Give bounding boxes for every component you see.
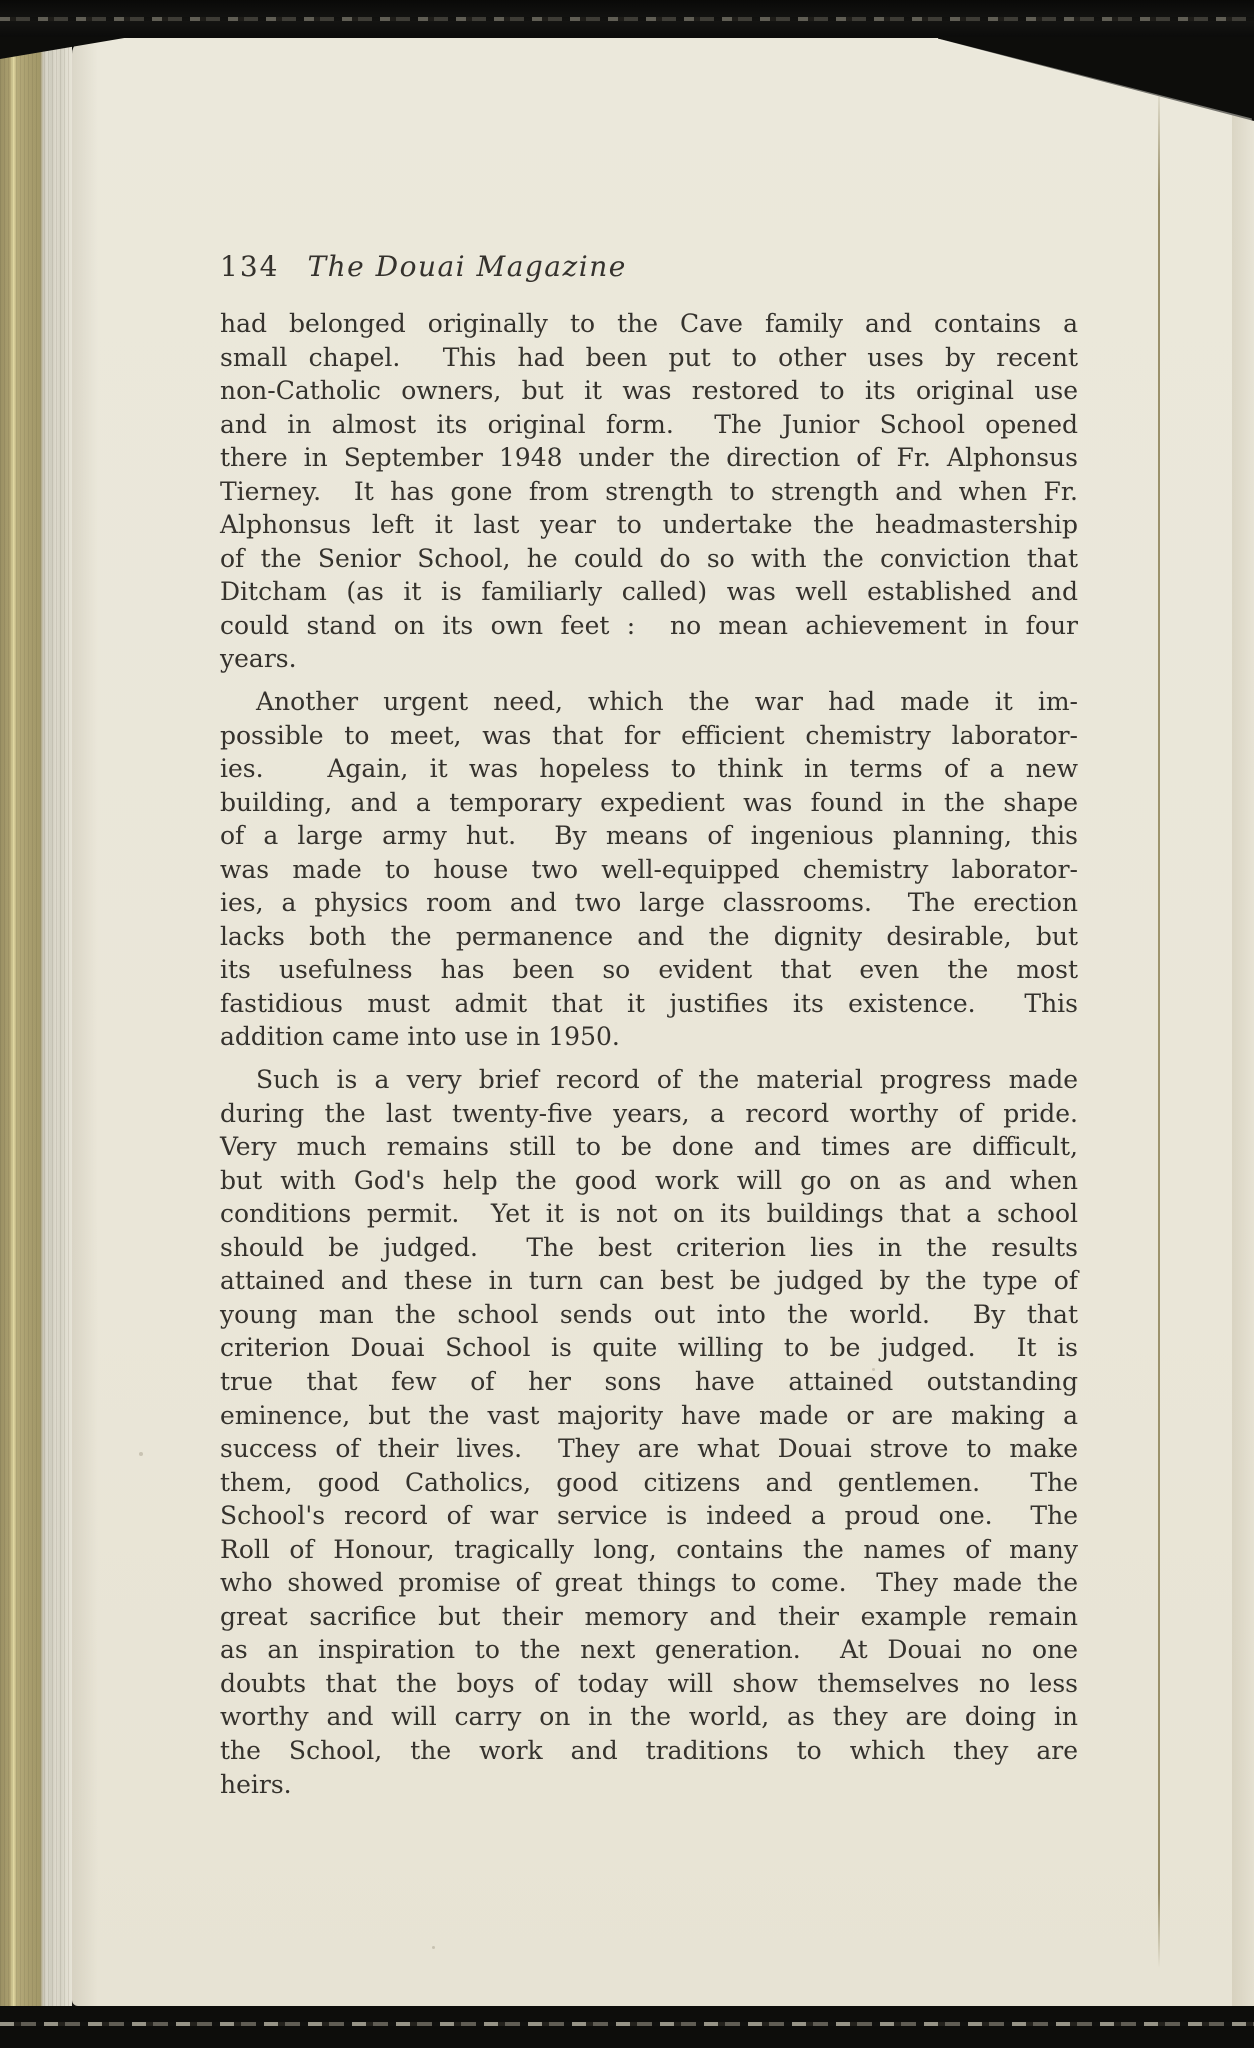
- text-line: years.: [220, 642, 1078, 676]
- text-line: Alphonsus left it last year to undertake…: [220, 508, 1078, 542]
- text-line: Such is a very brief record of the mater…: [220, 1063, 1078, 1097]
- book-cover-bottom-edge: [0, 2006, 1254, 2048]
- text-line: criterion Douai School is quite willing …: [220, 1331, 1078, 1365]
- text-line: and in almost its original form. The Jun…: [220, 408, 1078, 442]
- text-line: as an inspiration to the next generation…: [220, 1633, 1078, 1667]
- book-page: 134The Douai Magazine had belonged origi…: [72, 38, 1254, 2006]
- text-line: should be judged. The best criterion lie…: [220, 1231, 1078, 1265]
- paragraph: had belonged originally to the Cave fami…: [220, 307, 1078, 676]
- page-fore-edges-stack: [0, 38, 72, 2008]
- text-line: of a large army hut. By means of ingenio…: [220, 819, 1078, 853]
- page-text-block: had belonged originally to the Cave fami…: [220, 307, 1078, 1801]
- text-line: heirs.: [220, 1768, 1078, 1802]
- text-line: fastidious must admit that it justifies …: [220, 987, 1078, 1021]
- text-line: conditions permit. Yet it is not on its …: [220, 1197, 1078, 1231]
- text-line: Ditcham (as it is familiarly called) was…: [220, 575, 1078, 609]
- text-line: School's record of war service is indeed…: [220, 1499, 1078, 1533]
- text-line: was made to house two well-equipped chem…: [220, 853, 1078, 887]
- text-line: its usefulness has been so evident that …: [220, 953, 1078, 987]
- scanned-book-photo: 134The Douai Magazine had belonged origi…: [0, 0, 1254, 2048]
- text-line: Tierney. It has gone from strength to st…: [220, 475, 1078, 509]
- text-line: doubts that the boys of today will show …: [220, 1667, 1078, 1701]
- cover-stitch-line-bottom: [0, 2022, 1254, 2026]
- text-line: them, good Catholics, good citizens and …: [220, 1466, 1078, 1500]
- text-line: had belonged originally to the Cave fami…: [220, 307, 1078, 341]
- paper-speck: [872, 1368, 875, 1371]
- text-line: there in September 1948 under the direct…: [220, 441, 1078, 475]
- text-line: possible to meet, was that for efficient…: [220, 719, 1078, 753]
- text-line: great sacrifice but their memory and the…: [220, 1600, 1078, 1634]
- text-line: small chapel. This had been put to other…: [220, 341, 1078, 375]
- paper-speck: [432, 1946, 435, 1949]
- paper-speck: [139, 1452, 143, 1456]
- cover-stitch-line-top: [0, 17, 1254, 21]
- text-line: Another urgent need, which the war had m…: [220, 685, 1078, 719]
- text-line: of the Senior School, he could do so wit…: [220, 542, 1078, 576]
- page-gutter-crease: [1158, 80, 1160, 1968]
- text-line: Roll of Honour, tragically long, contain…: [220, 1533, 1078, 1567]
- text-line: building, and a temporary expedient was …: [220, 786, 1078, 820]
- text-line: Very much remains still to be done and t…: [220, 1130, 1078, 1164]
- running-header: 134The Douai Magazine: [220, 250, 1078, 283]
- text-line: non-Catholic owners, but it was restored…: [220, 374, 1078, 408]
- paragraph: Another urgent need, which the war had m…: [220, 685, 1078, 1054]
- text-line: eminence, but the vast majority have mad…: [220, 1399, 1078, 1433]
- text-line: ies. Again, it was hopeless to think in …: [220, 752, 1078, 786]
- book-cover-top-edge: [0, 0, 1254, 38]
- text-line: ies, a physics room and two large classr…: [220, 886, 1078, 920]
- text-line: true that few of her sons have attained …: [220, 1365, 1078, 1399]
- text-line: during the last twenty-five years, a rec…: [220, 1097, 1078, 1131]
- text-line: attained and these in turn can best be j…: [220, 1264, 1078, 1298]
- text-line: worthy and will carry on in the world, a…: [220, 1700, 1078, 1734]
- text-line: who showed promise of great things to co…: [220, 1566, 1078, 1600]
- text-line: could stand on its own feet : no mean ac…: [220, 609, 1078, 643]
- text-line: but with God's help the good work will g…: [220, 1164, 1078, 1198]
- running-title: The Douai Magazine: [307, 250, 626, 283]
- text-line: success of their lives. They are what Do…: [220, 1432, 1078, 1466]
- page-number: 134: [220, 250, 279, 283]
- text-line: lacks both the permanence and the dignit…: [220, 920, 1078, 954]
- paragraph: Such is a very brief record of the mater…: [220, 1063, 1078, 1801]
- text-line: addition came into use in 1950.: [220, 1020, 1078, 1054]
- text-line: young man the school sends out into the …: [220, 1298, 1078, 1332]
- text-line: the School, the work and traditions to w…: [220, 1734, 1078, 1768]
